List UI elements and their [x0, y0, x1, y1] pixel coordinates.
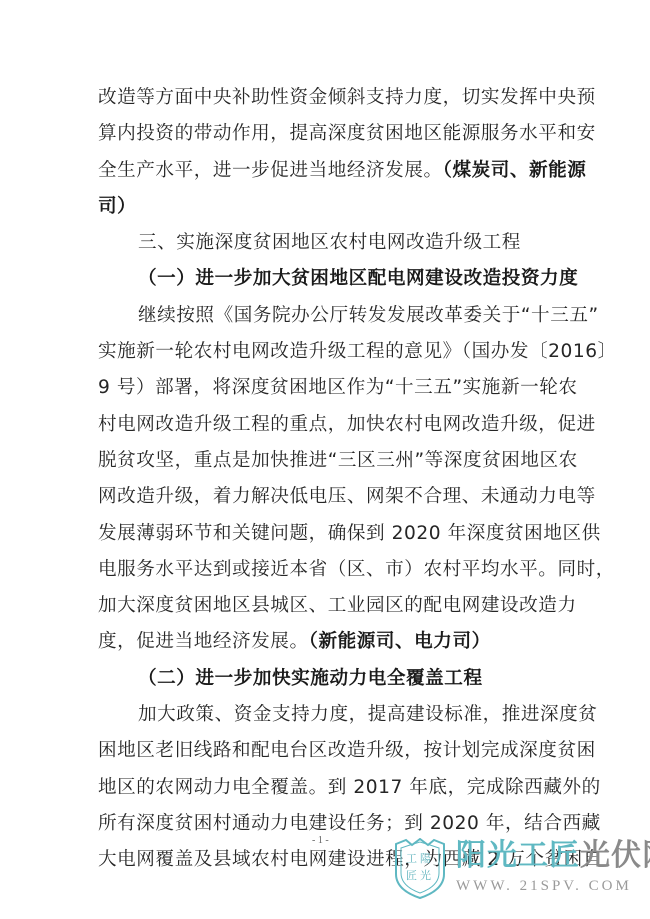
paragraph-line: 困地区老旧线路和配电台区改造升级，按计划完成深度贫困: [98, 733, 556, 769]
paragraph-line: 算内投资的带动作用，提高深度贫困地区能源服务水平和安: [98, 116, 556, 152]
paragraph-line: 地区的农网动力电全覆盖。到 2017 年底，完成除西藏外的: [98, 770, 556, 806]
paragraph-line: 加大政策、资金支持力度，提高建设标准，推进深度贫: [98, 697, 556, 733]
document-body: 改造等方面中央补助性资金倾斜支持力度，切实发挥中央预 算内投资的带动作用，提高深…: [98, 80, 556, 879]
paragraph-line: 电服务水平达到或接近本省（区、市）农村平均水平。同时，: [98, 552, 556, 588]
paragraph-line: 继续按照《国务院办公厅转发发展改革委关于“十三五”: [98, 298, 556, 334]
paragraph-line: 实施新一轮农村电网改造升级工程的意见》（国办发〔2016〕: [98, 334, 556, 370]
subsection-heading: （一）进一步加大贫困地区配电网建设改造投资力度: [98, 261, 556, 297]
subsection-heading: （二）进一步加快实施动力电全覆盖工程: [98, 661, 556, 697]
paragraph-line: 改造等方面中央补助性资金倾斜支持力度，切实发挥中央预: [98, 80, 556, 116]
watermark-title: 阳光工匠光伏网: [456, 839, 650, 873]
paragraph-line: 9 号）部署，将深度贫困地区作为“十三五”实施新一轮农: [98, 370, 556, 406]
line-text: 度，促进当地经济发展。: [98, 631, 309, 652]
paragraph-line: 网改造升级，着力解决低电压、网架不合理、未通动力电等: [98, 479, 556, 515]
paragraph-line: 度，促进当地经济发展。（新能源司、电力司）: [98, 624, 556, 660]
watermark-title-part1: 阳光工匠: [456, 838, 580, 873]
department-attribution: （煤炭司、新能源: [443, 160, 587, 181]
paragraph-line: 村电网改造升级工程的重点，加快农村电网改造升级，促进: [98, 407, 556, 443]
paragraph-line: 全生产水平，进一步促进当地经济发展。（煤炭司、新能源: [98, 153, 556, 189]
paragraph-line: 加大深度贫困地区县城区、工业园区的配电网建设改造力: [98, 588, 556, 624]
document-page: 改造等方面中央补助性资金倾斜支持力度，切实发挥中央预 算内投资的带动作用，提高深…: [0, 0, 650, 919]
paragraph-line: 脱贫攻坚，重点是加快推进“三区三州”等深度贫困地区农: [98, 443, 556, 479]
line-text: 全生产水平，进一步促进当地经济发展。: [98, 160, 443, 181]
shield-text-bottom: 匠光: [392, 867, 448, 884]
department-attribution: 司）: [98, 189, 556, 225]
shield-text-top: 工陽: [392, 850, 448, 867]
watermark-title-part2: 光伏网: [580, 838, 650, 873]
paragraph-line: 发展薄弱环节和关键问题，确保到 2020 年深度贫困地区供: [98, 516, 556, 552]
section-heading: 三、实施深度贫困地区农村电网改造升级工程: [98, 225, 556, 261]
department-attribution: （新能源司、电力司）: [309, 631, 491, 652]
page-number: - 1 -: [312, 835, 329, 846]
watermark-logo: 工陽 匠光 阳光工匠光伏网 WWW. 21SPV. COM: [392, 838, 642, 900]
shield-text: 工陽 匠光: [392, 850, 448, 884]
watermark-url: WWW. 21SPV. COM: [456, 878, 632, 895]
